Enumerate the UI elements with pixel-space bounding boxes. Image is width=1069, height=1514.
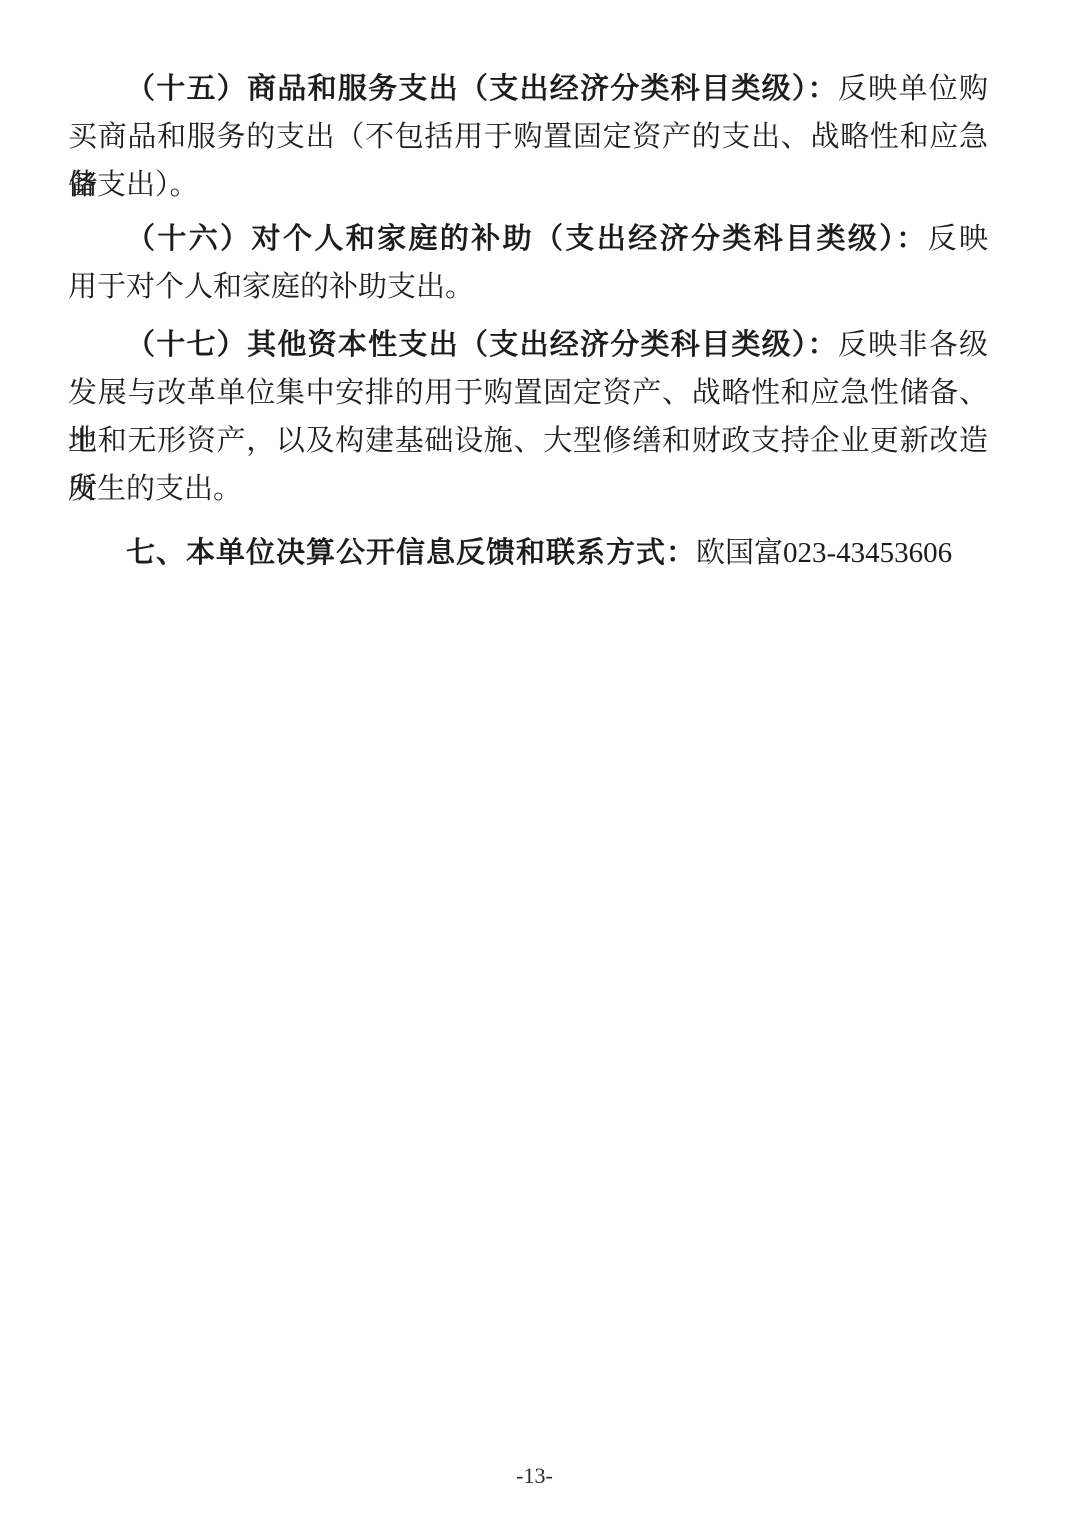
paragraph-15-text: 反映单位购 xyxy=(838,73,988,105)
text-line: 发展与改革单位集中安排的用于购置固定资产、战略性和应急性储备、土 xyxy=(68,369,988,417)
document-body: （十五）商品和服务支出（支出经济分类科目类级）：反映单位购 买商品和服务的支出（… xyxy=(68,65,988,577)
paragraph-15-text: 备支出）。 xyxy=(68,169,199,201)
text-line: 买商品和服务的支出（不包括用于购置固定资产的支出、战略性和应急储 xyxy=(68,113,988,161)
paragraph-item-16: （十六）对个人和家庭的补助（支出经济分类科目类级）：反映 用于对个人和家庭的补助… xyxy=(68,215,988,311)
text-line: （十六）对个人和家庭的补助（支出经济分类科目类级）：反映 xyxy=(68,215,988,263)
text-line: 用于对个人和家庭的补助支出。 xyxy=(68,263,988,311)
paragraph-16-text: 用于对个人和家庭的补助支出。 xyxy=(68,271,474,303)
paragraph-item-17: （十七）其他资本性支出（支出经济分类科目类级）：反映非各级 发展与改革单位集中安… xyxy=(68,321,988,513)
contact-info: 欧国富023-43453606 xyxy=(696,537,952,569)
paragraph-item-15: （十五）商品和服务支出（支出经济分类科目类级）：反映单位购 买商品和服务的支出（… xyxy=(68,65,988,209)
text-line: （十七）其他资本性支出（支出经济分类科目类级）：反映非各级 xyxy=(68,321,988,369)
document-page: （十五）商品和服务支出（支出经济分类科目类级）：反映单位购 买商品和服务的支出（… xyxy=(0,0,1069,1514)
section-7-heading: 七、本单位决算公开信息反馈和联系方式： xyxy=(126,537,696,569)
paragraph-16-text: 反映 xyxy=(928,223,988,255)
text-line: 七、本单位决算公开信息反馈和联系方式：欧国富023-43453606 xyxy=(68,529,988,577)
paragraph-15-lead: （十五）商品和服务支出（支出经济分类科目类级）： xyxy=(126,73,838,105)
paragraph-17-text: 反映非各级 xyxy=(838,329,988,361)
text-line: 发生的支出。 xyxy=(68,465,988,513)
paragraph-17-lead: （十七）其他资本性支出（支出经济分类科目类级）： xyxy=(126,329,838,361)
paragraph-17-text: 发生的支出。 xyxy=(68,473,242,505)
text-line: 备支出）。 xyxy=(68,161,988,209)
page-number: -13- xyxy=(0,1462,1069,1490)
section-7-contact: 七、本单位决算公开信息反馈和联系方式：欧国富023-43453606 xyxy=(68,529,988,577)
paragraph-16-lead: （十六）对个人和家庭的补助（支出经济分类科目类级）： xyxy=(126,223,928,255)
text-line: 地和无形资产，以及构建基础设施、大型修缮和财政支持企业更新改造所 xyxy=(68,417,988,465)
text-line: （十五）商品和服务支出（支出经济分类科目类级）：反映单位购 xyxy=(68,65,988,113)
